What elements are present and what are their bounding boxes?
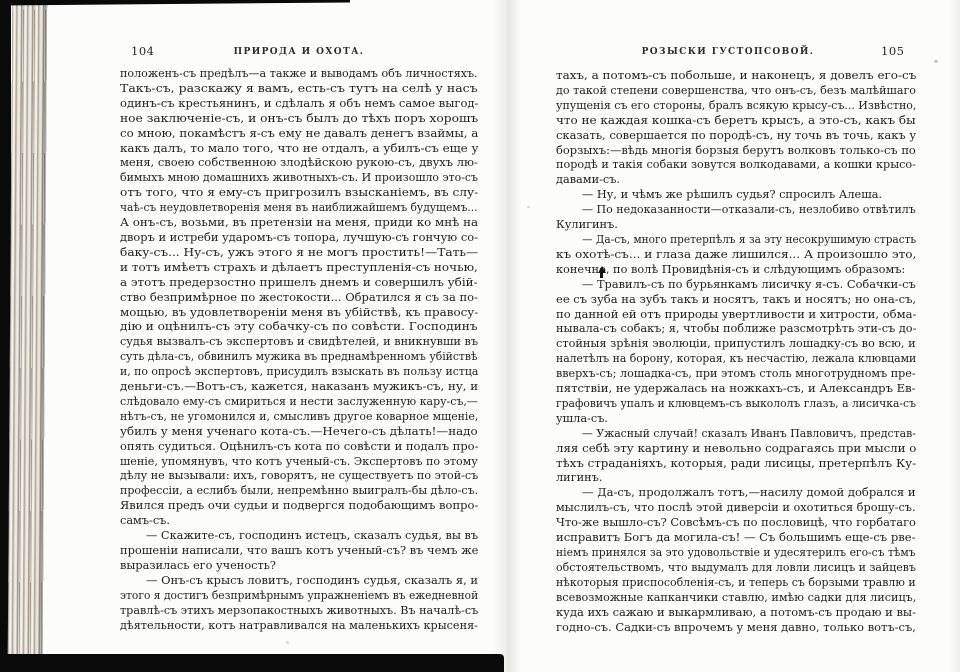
text-line: обстоятельствомъ, что выдумалъ для ловли… bbox=[556, 561, 916, 576]
scan-top-edge bbox=[0, 0, 350, 6]
text-line: сказать, совершается по породѣ-съ, ну то… bbox=[556, 129, 916, 144]
text-line: годно-съ. Садки-съ впрочемъ у меня давно… bbox=[556, 621, 916, 636]
text-line: по данной ей отъ природы увертливости и … bbox=[556, 308, 916, 323]
book-scan: 104 ПРИРОДА И ОХОТА. положенъ-съ предѣлъ… bbox=[0, 0, 960, 672]
text-line: нывала-съ собакъ; я, чтобы поближе разсм… bbox=[556, 322, 916, 337]
up-arrow-pointer-icon bbox=[597, 266, 606, 278]
text-line: травлѣ-съ этихъ мерзопакостныхъ животных… bbox=[120, 604, 478, 619]
text-line: со мною, покамѣстъ я-съ ему не давалъ де… bbox=[120, 127, 478, 142]
text-line: — Да-съ, продолжалъ тотъ,—насилу домой д… bbox=[556, 486, 916, 501]
text-line: слѣдовало ему-съ смириться и нести заслу… bbox=[120, 395, 478, 410]
text-line: бимыхъ мною домашнихъ животныхъ-съ. И пр… bbox=[120, 171, 478, 186]
text-line: тахъ, а потомъ-съ побольше, и наконецъ, … bbox=[556, 69, 916, 84]
text-line: баку-съ... Ну-съ, ужъ этого я не могъ пр… bbox=[120, 246, 478, 261]
text-line: опять судиться. Оцѣнилъ-съ кота по совѣс… bbox=[120, 440, 478, 455]
text-line: и, по опросѣ экспертовъ, присудилъ взыск… bbox=[120, 365, 478, 380]
text-line: одинъ-съ крестьянинъ, и сдѣлалъ я объ не… bbox=[120, 97, 478, 112]
text-line: выразилась его ученость? bbox=[120, 559, 478, 574]
text-line: графовичъ упалъ и клювцемъ-съ выкололъ г… bbox=[556, 397, 916, 412]
text-line: дѣлу не вызывали: ихъ, говорятъ, не суще… bbox=[120, 469, 478, 484]
scan-speck bbox=[286, 641, 289, 644]
text-line: — Ужасный случай! сказалъ Иванъ Павлович… bbox=[556, 427, 916, 442]
text-line: этого я достигъ безпримѣрнымъ упражненіе… bbox=[120, 589, 478, 604]
text-line: дію и оцѣнилъ-съ эту собачку-съ по совѣс… bbox=[120, 320, 478, 335]
text-line: борзыхъ:—вѣдь многія борзыя берутъ волко… bbox=[556, 144, 916, 159]
page-text-left: положенъ-съ предѣлъ—а также и выводамъ о… bbox=[120, 67, 478, 633]
text-line: дворъ и истреби ударомъ-съ топора, лучшу… bbox=[120, 231, 478, 246]
text-line: меня, своею собственною злодѣйскою рукою… bbox=[120, 156, 478, 171]
text-line: Явился предъ очи судьи и подвергся подоб… bbox=[120, 499, 478, 514]
text-line: — Ну, и чѣмъ же рѣшилъ судья? спросилъ А… bbox=[556, 188, 916, 203]
text-line: а этотъ предерзостно пришелъ днемъ и сов… bbox=[120, 276, 478, 291]
text-line: — Да-съ, много претерпѣлъ я за эту несок… bbox=[556, 233, 916, 248]
text-line: А онъ-съ, возьми, въ претензіи на меня, … bbox=[120, 216, 478, 231]
text-line: судья вызвалъ-съ экспертовъ и свидѣтелей… bbox=[120, 335, 478, 350]
text-line: дѣятельности, котъ натравливался на мале… bbox=[120, 619, 478, 634]
book-gutter-shadow bbox=[492, 0, 522, 672]
text-line: давами-съ. bbox=[556, 173, 916, 188]
text-line: налетѣлъ на борону, которая, къ несчасті… bbox=[556, 352, 916, 367]
text-line: что не каждая кошка-съ беретъ крысъ, а э… bbox=[556, 114, 916, 129]
text-line: какъ далъ, то мало того, что не отдалъ, … bbox=[120, 142, 478, 157]
text-line: ее съ зуба на зубъ такъ и носятъ, такъ и… bbox=[556, 293, 916, 308]
text-line: породѣ и такія собаки зовутся волкодавам… bbox=[556, 158, 916, 173]
text-line: — Травилъ-съ по бурьянкамъ лисичку я-съ.… bbox=[556, 278, 916, 293]
text-line: исправитъ Богъ да могила-съ! — Съ больши… bbox=[556, 531, 916, 546]
text-line: куда ихъ сажаю и выкармливаю, а потомъ-с… bbox=[556, 606, 916, 621]
text-line: мыслилъ-съ, что послѣ этой диверсіи и ох… bbox=[556, 501, 916, 516]
text-line: суть дѣла-съ, обвинилъ мужика въ преднам… bbox=[120, 350, 478, 365]
text-line: — Онъ-съ крысъ ловитъ, господинъ судья, … bbox=[120, 574, 478, 589]
text-line: Кулигинъ. bbox=[556, 218, 916, 233]
text-line: упущенія съ его стороны, бралъ всякую кр… bbox=[556, 99, 916, 114]
text-line: чаѣ-съ неудовлетворенія меня въ наиближа… bbox=[120, 201, 478, 216]
text-line: ушла-съ. bbox=[556, 412, 916, 427]
text-line: прошеніи написали, что вашъ котъ ученый-… bbox=[120, 544, 478, 559]
text-line: всевозможные капканчики ставлю, имѣю сад… bbox=[556, 591, 916, 606]
text-line: тѣхъ страданіяхъ, которыя, ради лисицы, … bbox=[556, 457, 916, 472]
text-line: — Скажите-съ, господинъ истецъ, сказалъ … bbox=[120, 529, 478, 544]
text-line: профессіи, а еслибъ были, непремѣнно выи… bbox=[120, 484, 478, 499]
text-line: до такой степени совершенства, что онъ-с… bbox=[556, 84, 916, 99]
text-line: — По недоказанности—отказали-съ, незлоби… bbox=[556, 203, 916, 218]
text-line: шеніе, упомянувъ, что котъ ученый-съ. Эк… bbox=[120, 455, 478, 470]
text-line: и тотъ имѣетъ страхъ и дѣлаетъ преступле… bbox=[120, 261, 478, 276]
page-right-edge-shadow bbox=[948, 0, 960, 672]
page-number-right: 105 bbox=[881, 44, 904, 58]
text-line: нѣкоторыя приспособленія-съ, и теперь съ… bbox=[556, 576, 916, 591]
text-line: ляя себѣ эту картину и невольно содрагая… bbox=[556, 442, 916, 457]
text-line: убилъ у меня ученаго кота-съ.—Нечего-съ … bbox=[120, 425, 478, 440]
running-head-left: ПРИРОДА И ОХОТА. bbox=[120, 47, 478, 57]
text-line: вверхъ-съ; лошадка-съ, при этомъ столь м… bbox=[556, 367, 916, 382]
text-line: пятствіи, не удержалась на ножкахъ-съ, и… bbox=[556, 382, 916, 397]
page-edge-stack bbox=[8, 2, 48, 662]
text-line: отъ того, что я ему-съ пригрозилъ взыска… bbox=[120, 186, 478, 201]
text-line: ніемъ принялся за это удовольствіе и уде… bbox=[556, 546, 916, 561]
text-line: къ охотѣ-съ... и глаза даже лишился... А… bbox=[556, 248, 916, 263]
scan-speck bbox=[934, 60, 938, 63]
text-line: Что-же вышло-съ? Совсѣмъ-съ по пословицѣ… bbox=[556, 516, 916, 531]
text-line: Такъ-съ, разскажу я вамъ, есть-съ тутъ н… bbox=[120, 82, 478, 97]
text-line: стойныя зрѣнія эволюціи, припустилъ лоша… bbox=[556, 337, 916, 352]
text-line: ное заключеніе-съ, и онъ-съ былъ до тѣхъ… bbox=[120, 112, 478, 127]
scan-speck bbox=[527, 206, 530, 208]
text-line: положенъ-съ предѣлъ—а также и выводамъ о… bbox=[120, 67, 478, 82]
text-line: ство безпримѣрное по жестокости... Обрат… bbox=[120, 291, 478, 306]
text-line: лигинъ. bbox=[556, 471, 916, 486]
text-line: деньги-съ.—Вотъ-съ, кажется, наказанъ му… bbox=[120, 380, 478, 395]
page-text-right: тахъ, а потомъ-съ побольше, и наконецъ, … bbox=[556, 69, 916, 635]
text-line: самъ-съ. bbox=[120, 514, 478, 529]
text-line: нѣтъ-съ, не угомонился и, смысливъ друго… bbox=[120, 410, 478, 425]
running-head-right: РОЗЫСКИ ГУСТОПСОВОЙ. bbox=[548, 47, 908, 57]
text-line: мощью, въ удовлетвореніи меня въ убійств… bbox=[120, 306, 478, 321]
scan-bottom-edge bbox=[0, 654, 504, 672]
text-line: конечно, по волѣ Провидѣнія-съ и слѣдующ… bbox=[556, 263, 916, 278]
